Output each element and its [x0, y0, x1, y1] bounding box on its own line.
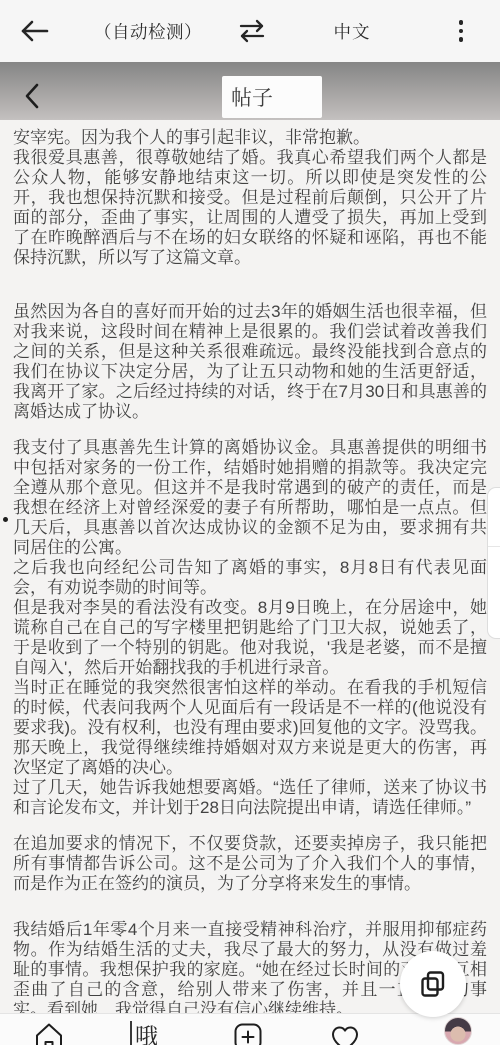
article-paragraph: 虽然因为各自的喜好而开始的过去3年的婚姻生活也很幸福，但对我来说，这段时间在精神…: [13, 302, 487, 422]
back-arrow-icon: [20, 19, 50, 43]
plus-square-icon: [233, 1022, 263, 1045]
screenshot-back-button[interactable]: [22, 82, 42, 110]
article-paragraph: 当时正在睡觉的我突然很害怕这样的举动。在看我的手机短信的时候，代表问我两个人见面…: [13, 678, 487, 778]
kebab-menu-icon: [459, 20, 464, 25]
article-paragraph: 我支付了具惠善先生计算的离婚协议金。具惠善提供的明细书中包括对家务的一份工作，结…: [13, 438, 487, 558]
copy-result-button[interactable]: [400, 951, 466, 1017]
article-paragraph: 我很爱具惠善，很尊敬她结了婚。我真心希望我们两个人都是公众人物，能够安静地结束这…: [13, 148, 487, 268]
floating-side-handle[interactable]: [487, 487, 500, 639]
copy-icon: [418, 969, 448, 999]
article-paragraph: 之后我也向经纪公司告知了离婚的事实，8月8日有代表见面会，有劝说李勋的时间等。: [13, 558, 487, 598]
overflow-menu-button[interactable]: [446, 14, 476, 48]
screenshot-bottom-nav: 哦: [0, 1013, 500, 1045]
translator-appbar: （自动检测） 中文: [0, 0, 500, 62]
list-bullet-dot: [3, 517, 8, 522]
swap-languages-button[interactable]: [236, 16, 268, 46]
new-post-tab[interactable]: [233, 1022, 263, 1045]
side-handle-divider: [488, 546, 500, 547]
target-language-selector[interactable]: 中文: [322, 0, 382, 62]
profile-tab-avatar[interactable]: [444, 1017, 472, 1045]
activity-tab[interactable]: [330, 1024, 360, 1045]
home-tab[interactable]: [33, 1022, 65, 1045]
article-paragraph: 安宰宪。因为我个人的事引起非议，非常抱歉。: [13, 128, 487, 148]
search-tab[interactable]: 哦: [130, 1018, 158, 1045]
post-title-field[interactable]: 帖子: [222, 76, 322, 118]
search-tab-label: 哦: [135, 1018, 158, 1045]
chevron-left-icon: [22, 82, 42, 110]
heart-icon: [330, 1024, 360, 1045]
source-language-selector[interactable]: （自动检测）: [93, 0, 203, 62]
translated-article: 安宰宪。因为我个人的事引起非议，非常抱歉。我很爱具惠善，很尊敬她结了婚。我真心希…: [0, 120, 500, 1013]
article-paragraph: 但是我对李昊的看法没有改变。8月9日晚上，在分居途中，她谎称自己在自己的写字楼里…: [13, 598, 487, 678]
paragraph-list: 安宰宪。因为我个人的事引起非议，非常抱歉。我很爱具惠善，很尊敬她结了婚。我真心希…: [13, 128, 487, 1020]
screenshot-toolbar: 帖子: [0, 62, 500, 120]
article-paragraph: 在追加要求的情况下，不仅要贷款，还要卖掉房子，我只能把所有事情都告诉公司。这不是…: [13, 834, 487, 894]
search-artifact-bar: [130, 1021, 132, 1045]
swap-arrows-icon: [237, 18, 267, 44]
back-button[interactable]: [18, 14, 52, 48]
article-paragraph: 过了几天，她告诉我她想要离婚。“选任了律师，送来了协议书和言论发布文，并计划于2…: [13, 778, 487, 818]
translated-screenshot-view: （自动检测） 中文 帖子 翻译结果支持分享与保存 安宰宪。因为我个人的事引起非议…: [0, 0, 500, 1045]
home-icon: [33, 1022, 65, 1045]
